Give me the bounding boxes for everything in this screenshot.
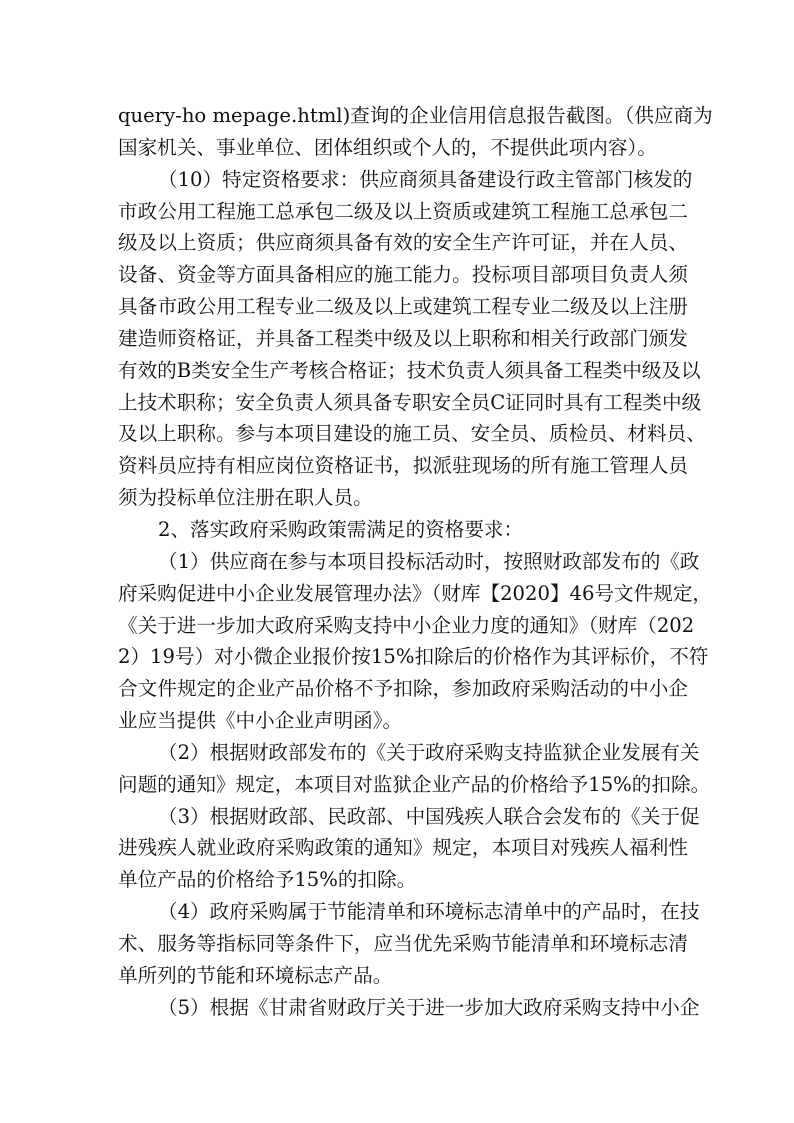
text-line: 级及以上资质；供应商须具备有效的安全生产许可证，并在人员、 xyxy=(118,227,688,259)
text-line: 《关于进一步加大政府采购支持中小企业力度的通知》（财库（202 xyxy=(118,610,688,642)
text-line: 设备、资金等方面具备相应的施工能力。投标项目部项目负责人须 xyxy=(118,259,688,291)
text-line: 问题的通知》规定，本项目对监狱企业产品的价格给予15%的扣除。 xyxy=(118,769,688,801)
text-line: 业应当提供《中小企业声明函》。 xyxy=(118,705,688,737)
text-line: 建造师资格证，并具备工程类中级及以上职称和相关行政部门颁发 xyxy=(118,323,688,355)
text-line: （2）根据财政部发布的《关于政府采购支持监狱企业发展有关 xyxy=(118,737,688,769)
text-line: 2、落实政府采购政策需满足的资格要求： xyxy=(118,514,688,546)
text-line: 具备市政公用工程专业二级及以上或建筑工程专业二级及以上注册 xyxy=(118,291,688,323)
text-line: 市政公用工程施工总承包二级及以上资质或建筑工程施工总承包二 xyxy=(118,196,688,228)
text-line: 单所列的节能和环境标志产品。 xyxy=(118,960,688,992)
text-line: 术、服务等指标同等条件下，应当优先采购节能清单和环境标志清 xyxy=(118,928,688,960)
text-line: 进残疾人就业政府采购政策的通知》规定，本项目对残疾人福利性 xyxy=(118,832,688,864)
text-line: 国家机关、事业单位、团体组织或个人的，不提供此项内容）。 xyxy=(118,132,688,164)
document-page: query-ho mepage.html)查询的企业信用信息报告截图。（供应商为… xyxy=(0,0,794,1123)
text-line: 单位产品的价格给予15%的扣除。 xyxy=(118,864,688,896)
text-line: （10）特定资格要求：供应商须具备建设行政主管部门核发的 xyxy=(118,164,688,196)
text-line: 2）19号）对小微企业报价按15%扣除后的价格作为其评标价，不符 xyxy=(118,641,688,673)
text-line: 上技术职称；安全负责人须具备专职安全员C证同时具有工程类中级 xyxy=(118,387,688,419)
text-line: 须为投标单位注册在职人员。 xyxy=(118,482,688,514)
text-line: （3）根据财政部、民政部、中国残疾人联合会发布的《关于促 xyxy=(118,801,688,833)
text-line: （4）政府采购属于节能清单和环境标志清单中的产品时，在技 xyxy=(118,896,688,928)
text-line: 有效的B类安全生产考核合格证；技术负责人须具备工程类中级及以 xyxy=(118,355,688,387)
text-line: 资料员应持有相应岗位资格证书，拟派驻现场的所有施工管理人员 xyxy=(118,450,688,482)
text-line: 府采购促进中小企业发展管理办法》（财库【2020】46号文件规定， xyxy=(118,578,688,610)
text-line: （1）供应商在参与本项目投标活动时，按照财政部发布的《政 xyxy=(118,546,688,578)
text-line: 合文件规定的企业产品价格不予扣除，参加政府采购活动的中小企 xyxy=(118,673,688,705)
text-line: query-ho mepage.html)查询的企业信用信息报告截图。（供应商为 xyxy=(118,100,688,132)
text-line: 及以上职称。参与本项目建设的施工员、安全员、质检员、材料员、 xyxy=(118,418,688,450)
document-body: query-ho mepage.html)查询的企业信用信息报告截图。（供应商为… xyxy=(118,100,688,1023)
text-line: （5）根据《甘肃省财政厅关于进一步加大政府采购支持中小企 xyxy=(118,992,688,1024)
